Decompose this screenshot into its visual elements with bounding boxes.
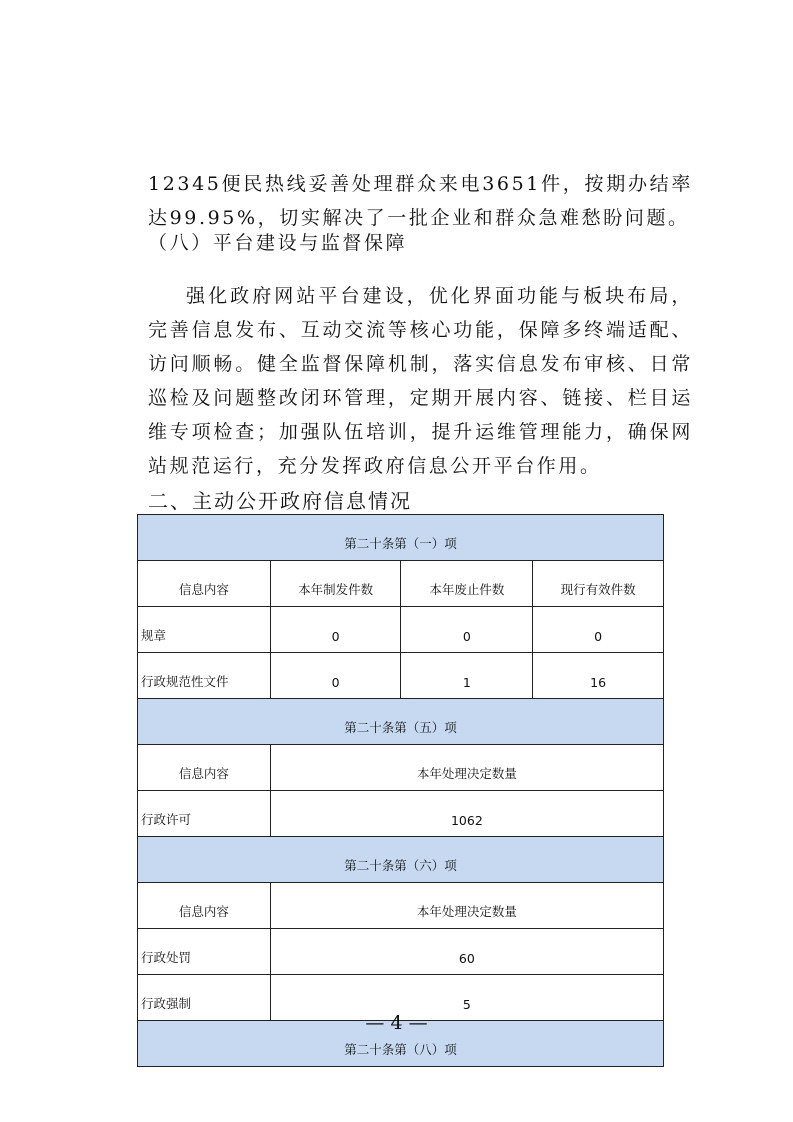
table-row: 行政规范性文件 0 1 16 bbox=[138, 653, 664, 699]
row-label: 行政处罚 bbox=[138, 929, 271, 975]
cell-valid: 16 bbox=[533, 653, 664, 699]
section-title-6: 第二十条第（六）项 bbox=[138, 837, 664, 883]
header-row: 信息内容 本年处理决定数量 bbox=[138, 883, 664, 929]
section-title-5: 第二十条第（五）项 bbox=[138, 699, 664, 745]
table-row: 行政许可 1062 bbox=[138, 791, 664, 837]
section-row: 第二十条第（一）项 bbox=[138, 515, 664, 561]
cell-abolished: 0 bbox=[401, 607, 533, 653]
cell-issued: 0 bbox=[270, 607, 401, 653]
column-header: 本年制发件数 bbox=[270, 561, 401, 607]
row-label: 规章 bbox=[138, 607, 271, 653]
column-header: 本年处理决定数量 bbox=[270, 745, 663, 791]
table-row: 规章 0 0 0 bbox=[138, 607, 664, 653]
paragraph-hotline: 12345便民热线妥善处理群众来电3651件，按期办结率达99.95%，切实解决… bbox=[148, 167, 693, 235]
section-heading-proactive-disclosure: 二、主动公开政府信息情况 bbox=[148, 485, 412, 514]
cell-valid: 0 bbox=[533, 607, 664, 653]
cell-abolished: 1 bbox=[401, 653, 533, 699]
column-header: 本年处理决定数量 bbox=[270, 883, 663, 929]
section-row: 第二十条第（五）项 bbox=[138, 699, 664, 745]
column-header: 信息内容 bbox=[138, 745, 271, 791]
disclosure-table: 第二十条第（一）项 信息内容 本年制发件数 本年废止件数 现行有效件数 规章 0… bbox=[137, 514, 664, 1067]
section-row: 第二十条第（六）项 bbox=[138, 837, 664, 883]
subheading-platform-construction: （八）平台建设与监督保障 bbox=[148, 226, 407, 260]
page-number: — 4 — bbox=[0, 1012, 793, 1034]
header-row: 信息内容 本年制发件数 本年废止件数 现行有效件数 bbox=[138, 561, 664, 607]
column-header: 信息内容 bbox=[138, 883, 271, 929]
cell-count: 60 bbox=[270, 929, 663, 975]
column-header: 现行有效件数 bbox=[533, 561, 664, 607]
cell-count: 1062 bbox=[270, 791, 663, 837]
column-header: 本年废止件数 bbox=[401, 561, 533, 607]
row-label: 行政许可 bbox=[138, 791, 271, 837]
header-row: 信息内容 本年处理决定数量 bbox=[138, 745, 664, 791]
cell-issued: 0 bbox=[270, 653, 401, 699]
row-label: 行政规范性文件 bbox=[138, 653, 271, 699]
section-title-1: 第二十条第（一）项 bbox=[138, 515, 664, 561]
table-row: 行政处罚 60 bbox=[138, 929, 664, 975]
paragraph-platform-construction: 强化政府网站平台建设，优化界面功能与板块布局，完善信息发布、互动交流等核心功能，… bbox=[148, 279, 693, 483]
column-header: 信息内容 bbox=[138, 561, 271, 607]
